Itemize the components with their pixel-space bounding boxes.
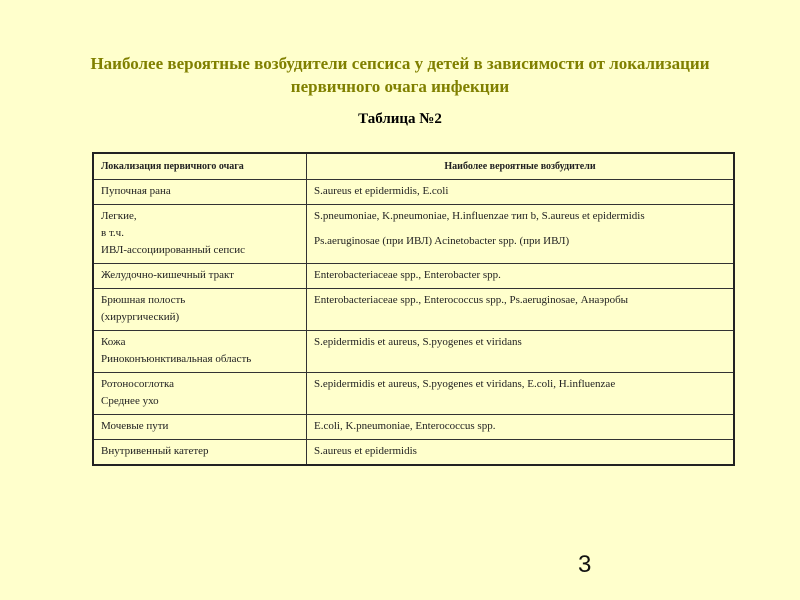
cell-pathogens: S.epidermidis et aureus, S.pyogenes et v… (307, 331, 735, 373)
spacer (314, 225, 726, 233)
cell-location: Пупочная рана (93, 180, 307, 205)
location-line: Пупочная рана (101, 183, 299, 200)
pathogen-line: S.aureus et epidermidis, E.coli (314, 183, 726, 200)
cell-pathogens: S.pneumoniae, K.pneumoniae, H.influenzae… (307, 205, 735, 264)
cell-location: КожаРиноконъюнктивальная область (93, 331, 307, 373)
pathogen-line: S.pneumoniae, K.pneumoniae, H.influenzae… (314, 208, 726, 225)
location-line: Брюшная полость (101, 292, 299, 309)
location-line: Кожа (101, 334, 299, 351)
table-row: Желудочно-кишечный трактEnterobacteriace… (93, 264, 734, 289)
header-location: Локализация первичного очага (93, 153, 307, 180)
location-line: Риноконъюнктивальная область (101, 351, 299, 368)
table-row: КожаРиноконъюнктивальная областьS.epider… (93, 331, 734, 373)
table-row: Брюшная полость(хирургический)Enterobact… (93, 289, 734, 331)
cell-pathogens: E.coli, K.pneumoniae, Enterococcus spp. (307, 415, 735, 440)
location-line: Легкие, (101, 208, 299, 225)
cell-location: Внутривенный катетер (93, 440, 307, 466)
location-line: Желудочно-кишечный тракт (101, 267, 299, 284)
location-line: Ротоносоглотка (101, 376, 299, 393)
table-row: РотоносоглоткаСреднее ухоS.epidermidis e… (93, 373, 734, 415)
pathogen-line: Ps.aeruginosae (при ИВЛ) Acinetobacter s… (314, 233, 726, 250)
table-row: Внутривенный катетерS.aureus et epidermi… (93, 440, 734, 466)
slide-title: Наиболее вероятные возбудители сепсиса у… (60, 52, 740, 98)
table-header-row: Локализация первичного очага Наиболее ве… (93, 153, 734, 180)
pathogen-line: Enterobacteriaceae spp., Enterococcus sp… (314, 292, 726, 309)
cell-pathogens: Enterobacteriaceae spp., Enterobacter sp… (307, 264, 735, 289)
location-line: ИВЛ-ассоциированный сепсис (101, 242, 299, 259)
pathogen-line: E.coli, K.pneumoniae, Enterococcus spp. (314, 418, 726, 435)
location-line: в т.ч. (101, 225, 299, 242)
page-number: 3 (578, 551, 591, 579)
location-line: Внутривенный катетер (101, 443, 299, 460)
pathogen-line: S.aureus et epidermidis (314, 443, 726, 460)
location-line: (хирургический) (101, 309, 299, 326)
pathogen-line: S.epidermidis et aureus, S.pyogenes et v… (314, 376, 726, 393)
pathogen-line: S.epidermidis et aureus, S.pyogenes et v… (314, 334, 726, 351)
cell-location: Мочевые пути (93, 415, 307, 440)
cell-pathogens: S.aureus et epidermidis (307, 440, 735, 466)
table-row: Мочевые путиE.coli, K.pneumoniae, Entero… (93, 415, 734, 440)
table-row: Легкие,в т.ч.ИВЛ-ассоциированный сепсисS… (93, 205, 734, 264)
pathogen-line: Enterobacteriaceae spp., Enterobacter sp… (314, 267, 726, 284)
cell-pathogens: S.epidermidis et aureus, S.pyogenes et v… (307, 373, 735, 415)
cell-location: Легкие,в т.ч.ИВЛ-ассоциированный сепсис (93, 205, 307, 264)
cell-location: РотоносоглоткаСреднее ухо (93, 373, 307, 415)
cell-pathogens: Enterobacteriaceae spp., Enterococcus sp… (307, 289, 735, 331)
cell-location: Желудочно-кишечный тракт (93, 264, 307, 289)
table-row: Пупочная ранаS.aureus et epidermidis, E.… (93, 180, 734, 205)
location-line: Среднее ухо (101, 393, 299, 410)
cell-pathogens: S.aureus et epidermidis, E.coli (307, 180, 735, 205)
location-line: Мочевые пути (101, 418, 299, 435)
pathogens-table: Локализация первичного очага Наиболее ве… (92, 152, 735, 466)
cell-location: Брюшная полость(хирургический) (93, 289, 307, 331)
table-caption: Таблица №2 (0, 111, 800, 128)
header-pathogens: Наиболее вероятные возбудители (307, 153, 735, 180)
